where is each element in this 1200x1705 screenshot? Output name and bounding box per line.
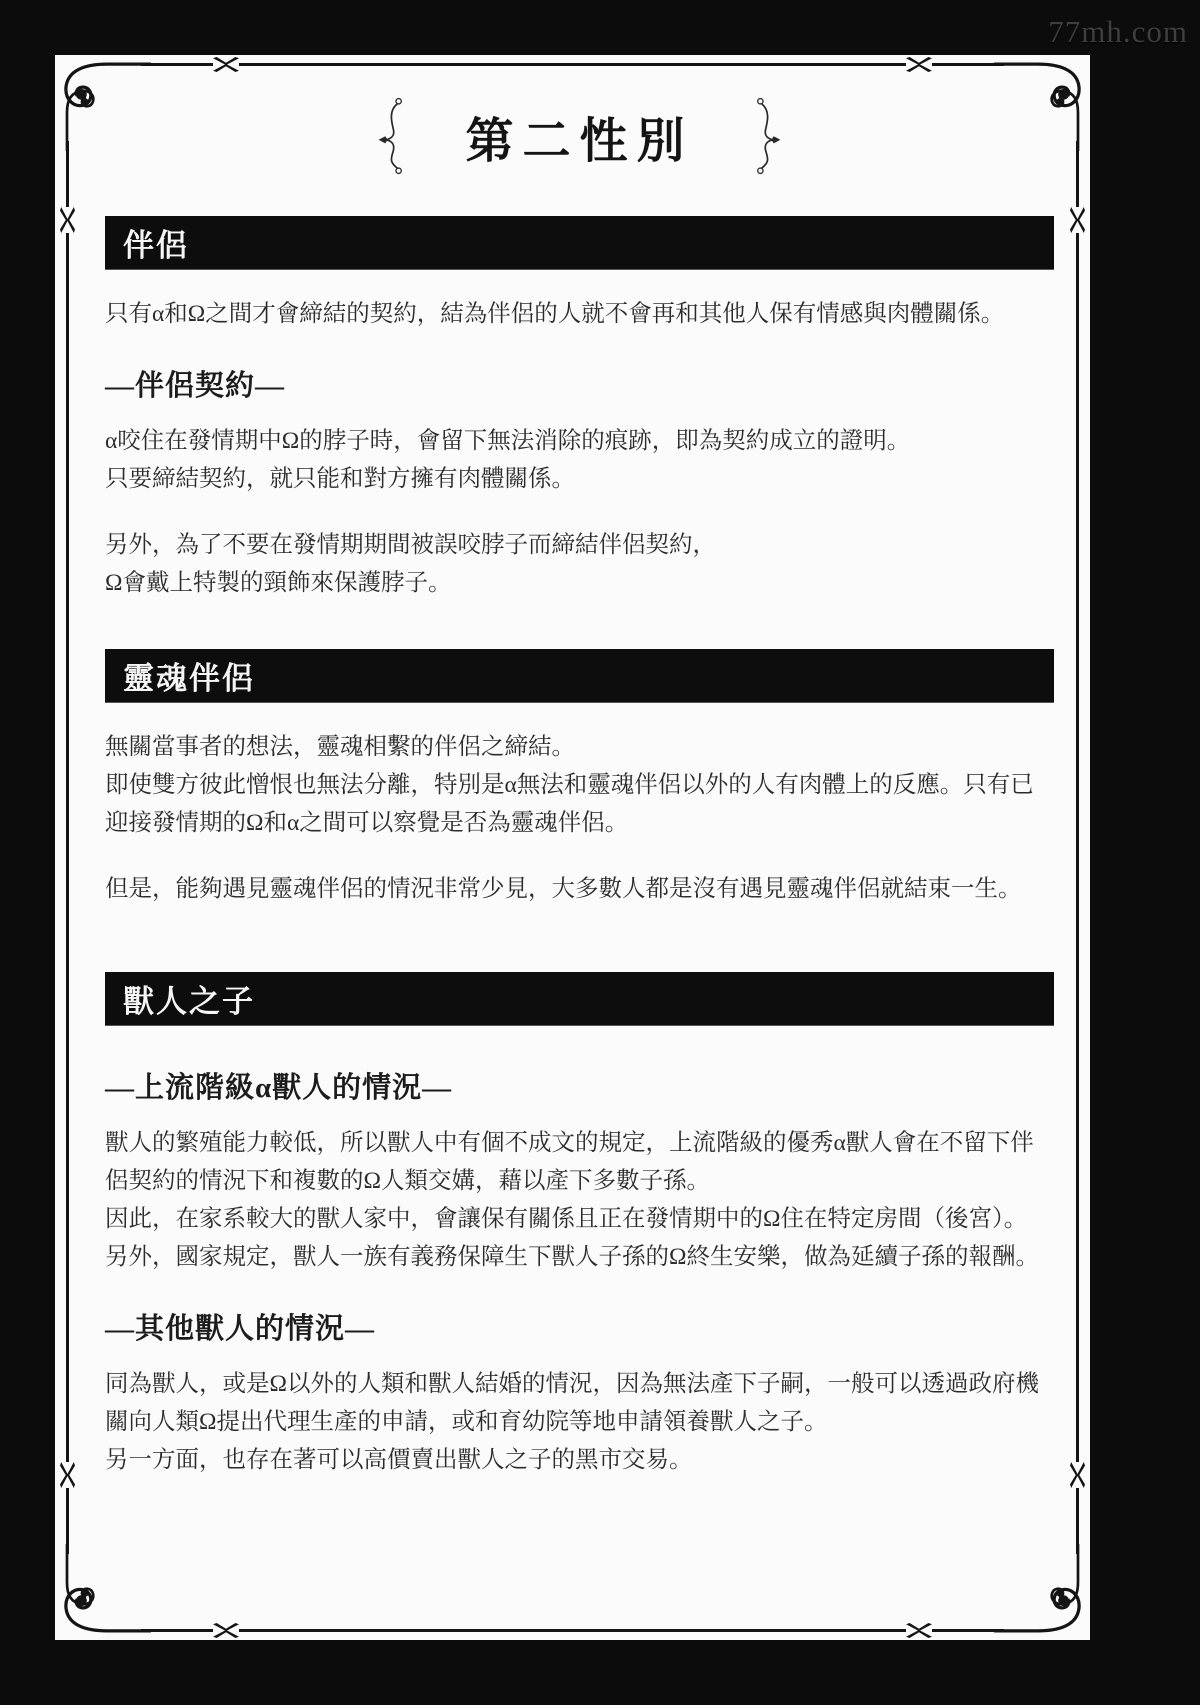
- glossary-section: 靈魂伴侶無關當事者的想法，靈魂相繫的伴侶之締結。 即使雙方彼此憎恨也無法分離，特…: [105, 649, 1054, 908]
- paragraph: 只有α和Ω之間才會締結的契約，結為伴侶的人就不會再和其他人保有情感與肉體關係。: [105, 295, 1054, 333]
- section-heading: 獸人之子: [123, 976, 255, 1021]
- glossary-sections: 伴侶只有α和Ω之間才會締結的契約，結為伴侶的人就不會再和其他人保有情感與肉體關係…: [105, 216, 1054, 1479]
- border-line-bottom: [141, 1629, 1004, 1632]
- title-flourish-right-icon: [750, 96, 786, 176]
- paragraph: 但是，能夠遇見靈魂伴侶的情況非常少見，大多數人都是沒有遇見靈魂伴侶就結束一生。: [105, 870, 1054, 908]
- page-title: 第二性別: [465, 102, 693, 171]
- section-heading-bar: 伴侶: [105, 216, 1054, 269]
- glossary-section: 伴侶只有α和Ω之間才會締結的契約，結為伴侶的人就不會再和其他人保有情感與肉體關係…: [105, 216, 1054, 602]
- paragraph: α咬住在發情期中Ω的脖子時，會留下無法消除的痕跡，即為契約成立的證明。 只要締結…: [105, 422, 1054, 498]
- border-knot-icon: [906, 1623, 932, 1638]
- section-heading-bar: 獸人之子: [105, 972, 1054, 1025]
- section-heading: 靈魂伴侶: [123, 653, 255, 698]
- subheading: —伴侶契約—: [105, 363, 1054, 404]
- corner-flourish-bottom-right-icon: [994, 1544, 1090, 1640]
- title-flourish-left-icon: [373, 96, 409, 176]
- paragraph: 另外，為了不要在發情期期間被誤咬脖子而締結伴侶契約， Ω會戴上特製的頸飾來保護脖…: [105, 526, 1054, 602]
- section-heading: 伴侶: [123, 220, 189, 265]
- subheading: —其他獸人的情況—: [105, 1306, 1054, 1347]
- page-content: 第二性別 伴侶只有α和Ω之間才會締結的契約，結為伴侶的人就不會再和其他人保有情感…: [55, 68, 1090, 1479]
- glossary-section: 獸人之子—上流階級α獸人的情況—獸人的繁殖能力較低，所以獸人中有個不成文的規定，…: [105, 972, 1054, 1479]
- border-knot-icon: [213, 1623, 239, 1638]
- border-line-top: [141, 63, 1004, 66]
- page-title-row: 第二性別: [105, 96, 1054, 176]
- subheading: —上流階級α獸人的情況—: [105, 1065, 1054, 1106]
- section-heading-bar: 靈魂伴侶: [105, 649, 1054, 702]
- paragraph: 獸人的繁殖能力較低，所以獸人中有個不成文的規定，上流階級的優秀α獸人會在不留下伴…: [105, 1124, 1054, 1276]
- watermark: 77mh.com: [1048, 14, 1188, 50]
- corner-flourish-bottom-left-icon: [55, 1544, 151, 1640]
- page: 第二性別 伴侶只有α和Ω之間才會締結的契約，結為伴侶的人就不會再和其他人保有情感…: [55, 55, 1090, 1640]
- paragraph: 同為獸人，或是Ω以外的人類和獸人結婚的情況，因為無法產下子嗣，一般可以透過政府機…: [105, 1365, 1054, 1479]
- paragraph: 無關當事者的想法，靈魂相繫的伴侶之締結。 即使雙方彼此憎恨也無法分離，特別是α無…: [105, 728, 1054, 842]
